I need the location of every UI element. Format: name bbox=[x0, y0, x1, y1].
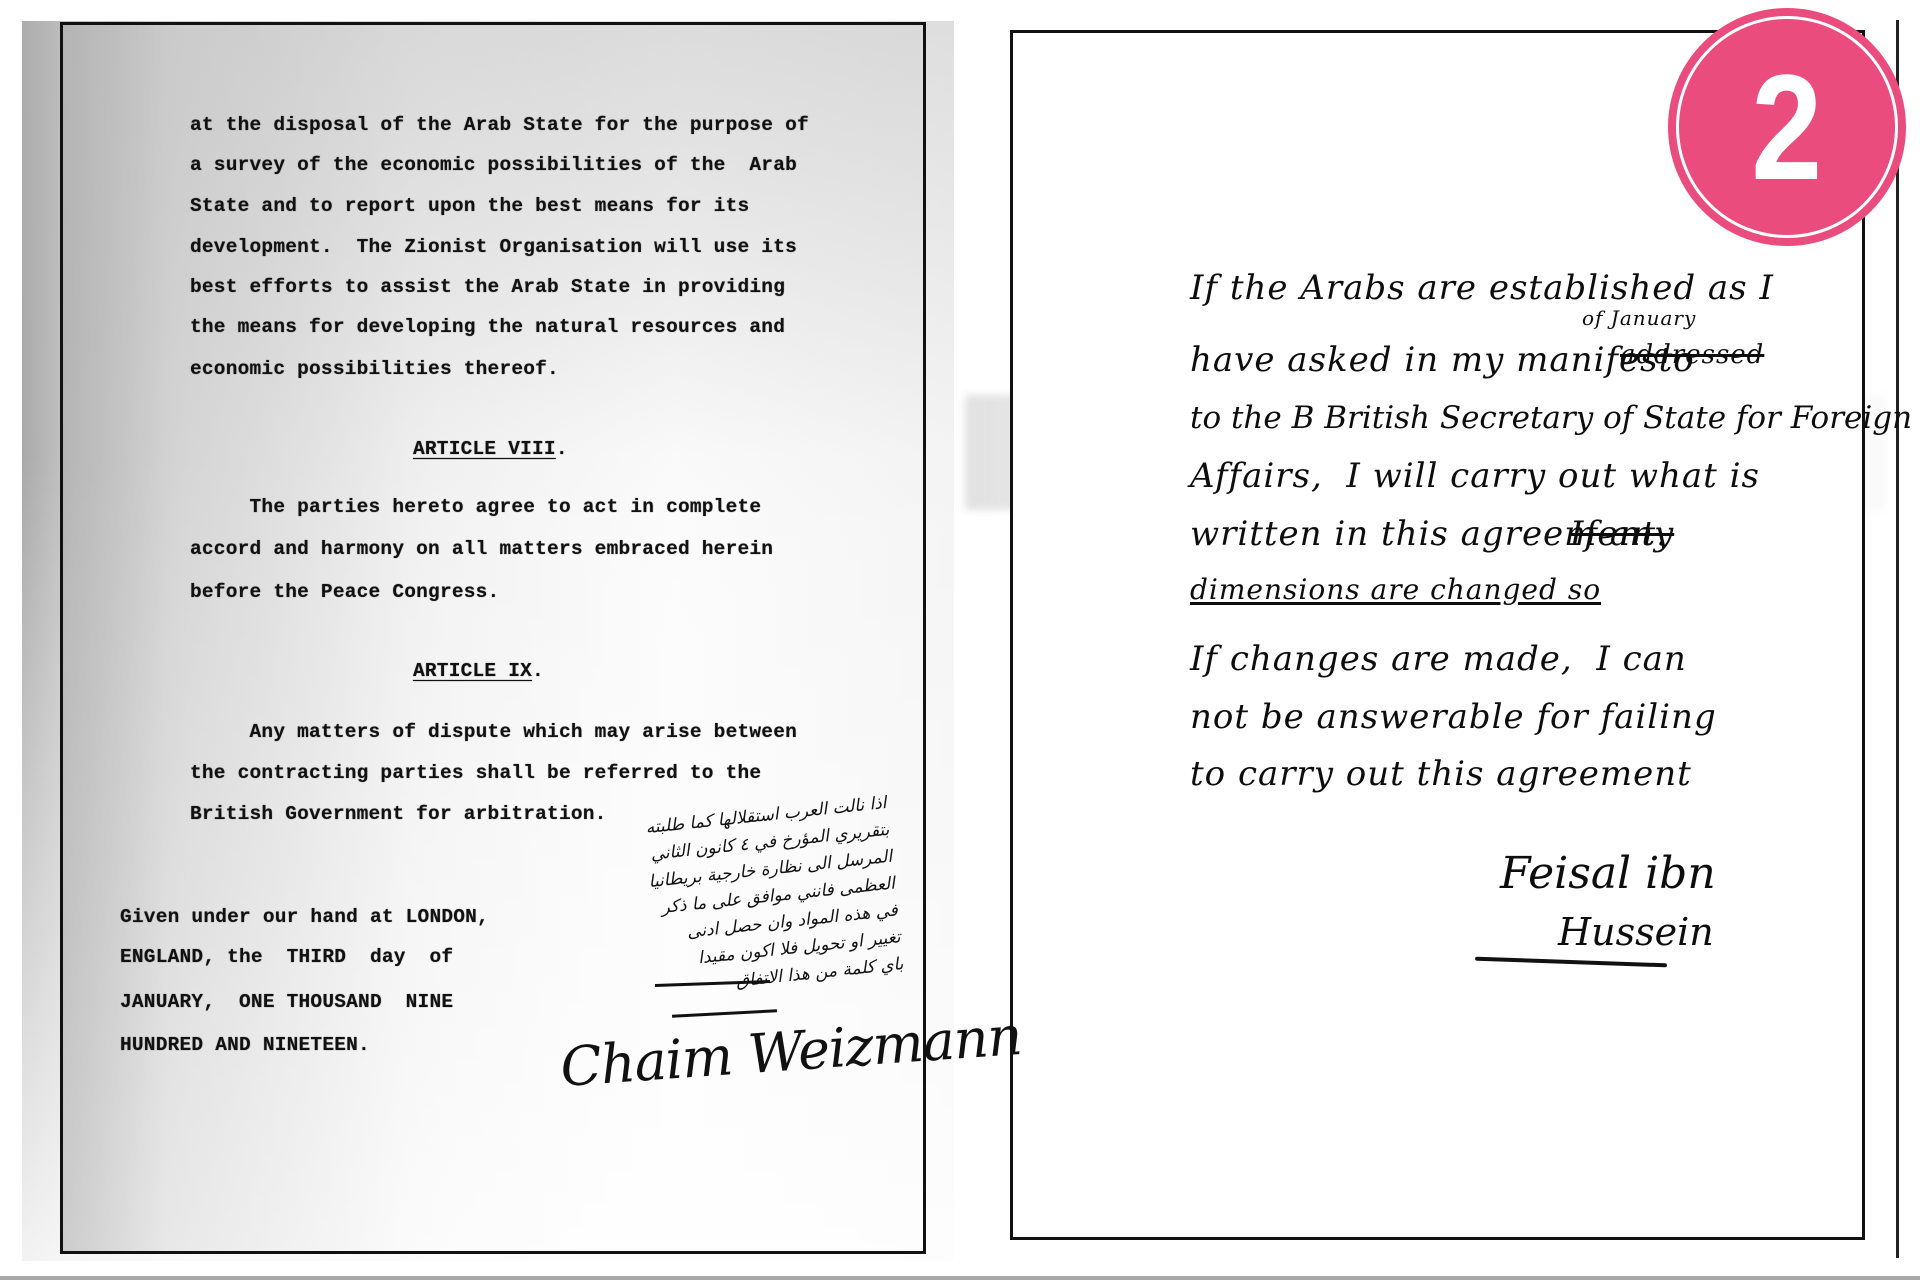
handwritten-line: If the Arabs are established as I bbox=[1190, 268, 1774, 308]
struck-line: dimensions are changed so bbox=[1190, 573, 1601, 606]
typed-line: best efforts to assist the Arab State in… bbox=[190, 276, 785, 298]
typed-line: HUNDRED AND NINETEEN. bbox=[120, 1034, 370, 1056]
feisal-signature-line2: Hussein bbox=[1558, 910, 1714, 954]
handwritten-line: to the B British Secretary of State for … bbox=[1190, 400, 1912, 436]
typed-line: Given under our hand at LONDON, bbox=[120, 906, 489, 928]
typed-line: before the Peace Congress. bbox=[190, 581, 499, 603]
badge-number: 2 bbox=[1752, 52, 1823, 202]
typed-line: at the disposal of the Arab State for th… bbox=[190, 114, 809, 136]
typed-line: accord and harmony on all matters embrac… bbox=[190, 538, 773, 560]
arabic-handwritten-note: اذا نالت العرب استقلالها كما طلبته بتقري… bbox=[567, 790, 905, 1011]
struck-phrase: If any bbox=[1570, 514, 1674, 554]
article-8-heading: ARTICLE VIII. bbox=[413, 438, 568, 460]
handwritten-line: to carry out this agreement bbox=[1190, 754, 1692, 794]
typed-line: the contracting parties shall be referre… bbox=[190, 762, 761, 784]
typed-line: British Government for arbitration. bbox=[190, 803, 607, 825]
typed-line: economic possibilities thereof. bbox=[190, 358, 559, 380]
handwritten-insertion: of January bbox=[1582, 306, 1696, 330]
typed-line: the means for developing the natural res… bbox=[190, 316, 785, 338]
feisal-signature-line1: Feisal ibn bbox=[1500, 848, 1716, 899]
handwritten-line: Affairs, I will carry out what is bbox=[1190, 456, 1760, 496]
handwritten-line: not be answerable for failing bbox=[1190, 697, 1717, 737]
heading-period: . bbox=[556, 438, 568, 460]
heading-period: . bbox=[532, 660, 544, 682]
struck-word: addressed bbox=[1620, 340, 1764, 370]
article-9-heading-text: ARTICLE IX bbox=[413, 660, 532, 682]
article-8-heading-text: ARTICLE VIII bbox=[413, 438, 556, 460]
typed-line: JANUARY, ONE THOUSAND NINE bbox=[120, 991, 453, 1013]
page-number-badge: 2 bbox=[1668, 8, 1906, 246]
typed-line: development. The Zionist Organisation wi… bbox=[190, 236, 797, 258]
typed-line: The parties hereto agree to act in compl… bbox=[190, 496, 761, 518]
typed-line: State and to report upon the best means … bbox=[190, 195, 749, 217]
typed-line: ENGLAND, the THIRD day of bbox=[120, 946, 453, 968]
page-edge-line bbox=[1896, 20, 1899, 1258]
typed-line: a survey of the economic possibilities o… bbox=[190, 154, 797, 176]
article-9-heading: ARTICLE IX. bbox=[413, 660, 544, 682]
bottom-border bbox=[0, 1276, 1920, 1280]
typed-line: Any matters of dispute which may arise b… bbox=[190, 721, 797, 743]
handwritten-line: If changes are made, I can bbox=[1190, 639, 1687, 679]
